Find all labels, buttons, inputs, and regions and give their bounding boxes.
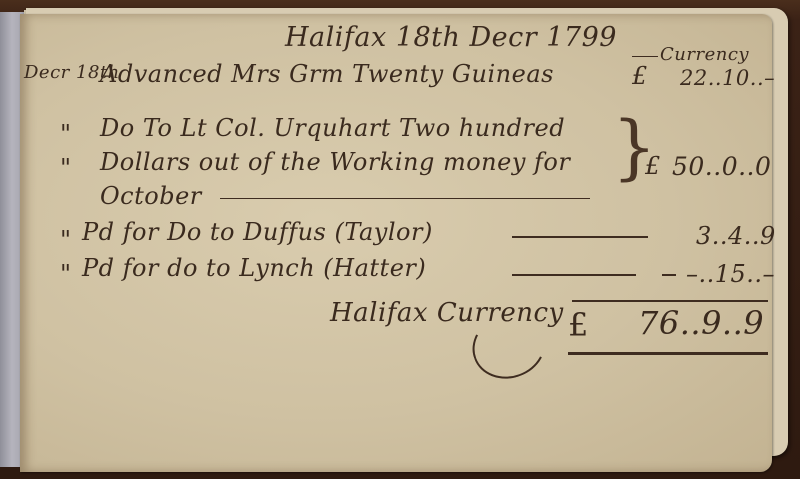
entry-description-line-3: October bbox=[100, 182, 202, 210]
total-amount: 76..9..9 bbox=[638, 304, 764, 342]
fill-line bbox=[512, 274, 636, 276]
header-flourish bbox=[632, 56, 658, 57]
entry-amount: 3..4..9 bbox=[696, 222, 776, 250]
total-overline bbox=[572, 300, 768, 302]
entry-description: Pd for Do to Duffus (Taylor) bbox=[82, 218, 433, 246]
total-currency-symbol: £ bbox=[568, 306, 589, 344]
currency-symbol: £ bbox=[645, 152, 661, 180]
entry-amount: –..15..– bbox=[686, 260, 775, 288]
fill-line bbox=[512, 236, 648, 238]
total-underline bbox=[568, 352, 768, 355]
fill-dash bbox=[662, 274, 676, 276]
ditto-mark: " bbox=[60, 260, 72, 288]
ledger-page: Halifax 18th Decr 1799 Currency Decr 18t… bbox=[20, 14, 772, 472]
ditto-mark: " bbox=[60, 120, 72, 148]
header-currency-label: Currency bbox=[660, 44, 749, 65]
entry-description-line-2: Dollars out of the Working money for bbox=[100, 148, 570, 176]
entry-amount: 50..0..0 bbox=[672, 152, 771, 181]
entry-description: Advanced Mrs Grm Twenty Guineas bbox=[100, 60, 554, 88]
entry-amount: 22..10..– bbox=[680, 66, 775, 90]
ditto-mark: " bbox=[60, 226, 72, 254]
ditto-mark: " bbox=[60, 154, 72, 182]
fill-line bbox=[220, 198, 590, 199]
header-place-date: Halifax 18th Decr 1799 bbox=[285, 22, 617, 53]
entry-description-line-1: Do To Lt Col. Urquhart Two hundred bbox=[100, 114, 565, 142]
entry-description: Pd for do to Lynch (Hatter) bbox=[82, 254, 426, 282]
currency-symbol: £ bbox=[632, 62, 648, 90]
